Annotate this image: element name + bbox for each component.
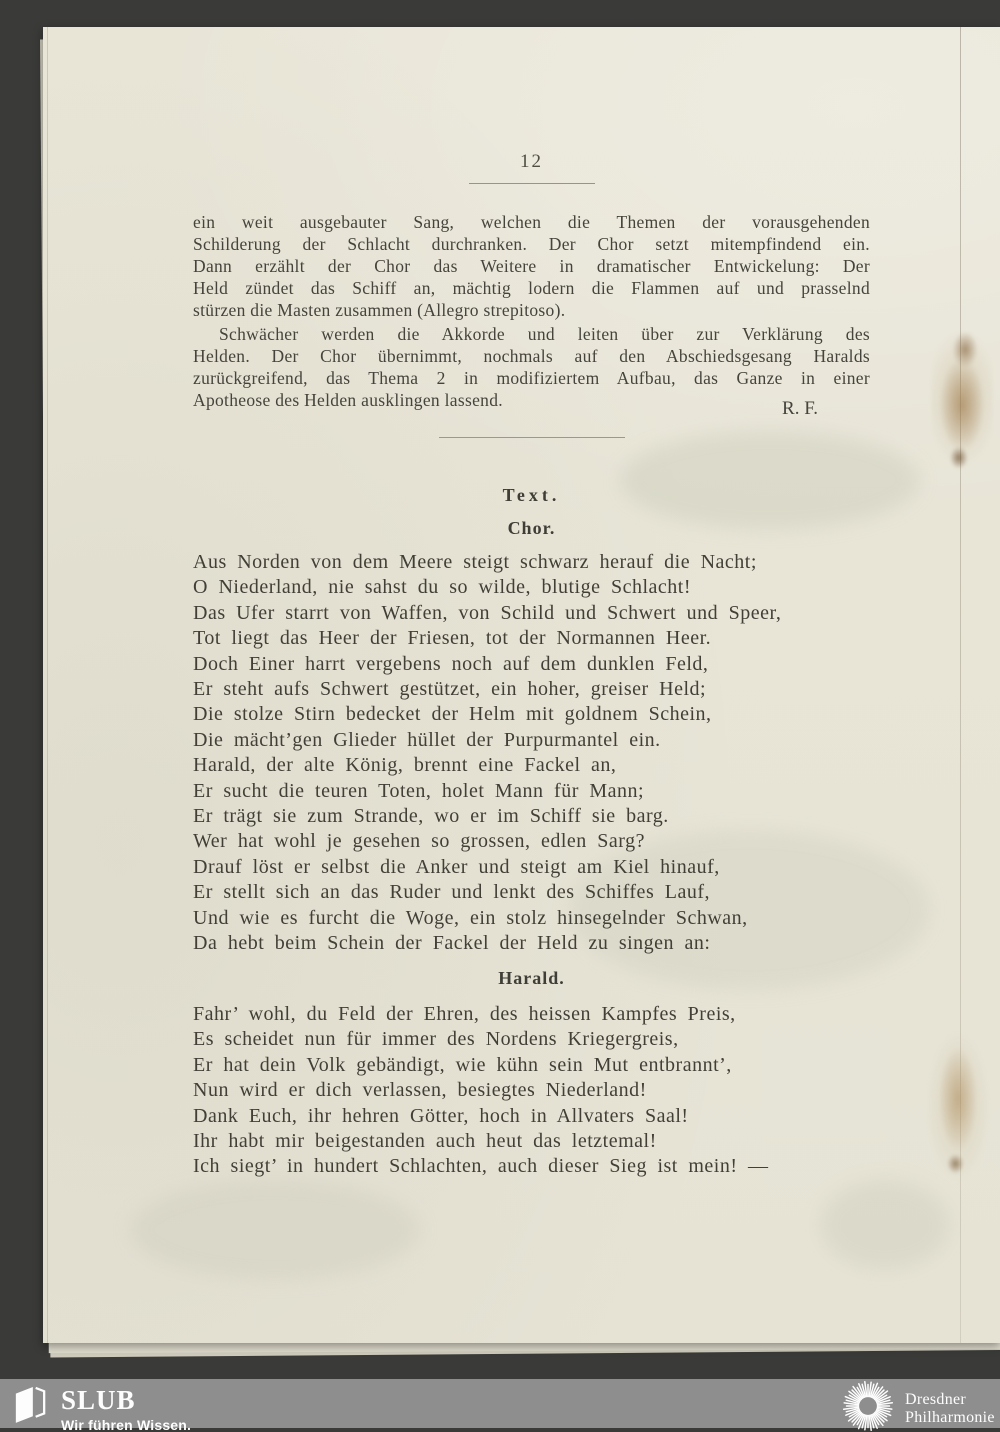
verse-line: Und wie es furcht die Woge, ein stolz hi… xyxy=(193,906,870,931)
verse-line: Die mächt’gen Glieder hüllet der Purpurm… xyxy=(193,728,870,753)
chor-heading: Chor. xyxy=(193,518,870,539)
verse-line: Wer hat wohl je gesehen so grossen, edle… xyxy=(193,829,870,854)
verse-line: Er sucht die teuren Toten, holet Mann fü… xyxy=(193,779,870,804)
prose-line: stürzen die Masten zusammen (Allegro str… xyxy=(193,299,870,321)
slub-logo: SLUB Wir führen Wissen. xyxy=(13,1384,191,1432)
verse-line: Die stolze Stirn bedecket der Helm mit g… xyxy=(193,702,870,727)
stain-mark xyxy=(927,1030,989,1182)
harald-heading: Harald. xyxy=(193,968,870,989)
verse-line: Es scheidet nun für immer des Nordens Kr… xyxy=(193,1027,870,1052)
prose-line: ein weit ausgebauter Sang, welchen die T… xyxy=(193,211,870,233)
verse-line: Da hebt beim Schein der Fackel der Held … xyxy=(193,931,870,956)
verse-line: Dank Euch, ihr hehren Götter, hoch in Al… xyxy=(193,1104,870,1129)
verse-line: Nun wird er dich verlassen, besiegtes Ni… xyxy=(193,1078,870,1103)
prose-line: Dann erzählt der Chor das Weitere in dra… xyxy=(193,255,870,277)
prose-paragraph: ein weit ausgebauter Sang, welchen die T… xyxy=(193,211,870,321)
slub-tagline: Wir führen Wissen. xyxy=(61,1418,191,1432)
philharmonie-wordmark: Dresdner Philharmonie xyxy=(905,1391,995,1426)
verse-line: Er steht aufs Schwert gestützet, ein hoh… xyxy=(193,677,870,702)
prose-line: Held zündet das Schiff an, mächtig loder… xyxy=(193,277,870,299)
verse-line: Harald, der alte König, brennt eine Fack… xyxy=(193,753,870,778)
verse-line: Tot liegt das Heer der Friesen, tot der … xyxy=(193,626,870,651)
prose-line: zurückgreifend, das Thema 2 in modifizie… xyxy=(193,367,870,389)
slub-wordmark: SLUB xyxy=(61,1387,191,1414)
verse-line: Das Ufer starrt von Waffen, von Schild u… xyxy=(193,601,870,626)
verse-line: Er stellt sich an das Ruder und lenkt de… xyxy=(193,880,870,905)
author-initials: R. F. xyxy=(193,398,870,420)
verse-line: Aus Norden von dem Meere steigt schwarz … xyxy=(193,550,870,575)
footer-bar: SLUB Wir führen Wissen. Dresdner Philhar… xyxy=(0,1379,1000,1428)
verse-line: O Niederland, nie sahst du so wilde, blu… xyxy=(193,575,870,600)
prose-line: Schwächer werden die Akkorde und leiten … xyxy=(193,323,870,345)
verse-line: Er trägt sie zum Strande, wo er im Schif… xyxy=(193,804,870,829)
philharmonie-logo: Dresdner Philharmonie xyxy=(843,1381,995,1432)
viewer-background: 12 ein weit ausgebauter Sang, welchen di… xyxy=(0,0,1000,1432)
verse-line: Doch Einer harrt vergebens noch auf dem … xyxy=(193,652,870,677)
text-section-heading: Text. xyxy=(193,485,870,506)
harald-poem: Fahr’ wohl, du Feld der Ehren, des heiss… xyxy=(193,1002,870,1180)
starburst-icon xyxy=(843,1381,893,1432)
prose-line: Helden. Der Chor übernimmt, nochmals auf… xyxy=(193,345,870,367)
scanned-page: 12 ein weit ausgebauter Sang, welchen di… xyxy=(43,27,1000,1343)
chor-poem: Aus Norden von dem Meere steigt schwarz … xyxy=(193,550,870,957)
verse-line: Ich siegt’ in hundert Schlachten, auch d… xyxy=(193,1154,870,1179)
page-number-rule xyxy=(469,183,595,184)
section-divider xyxy=(439,437,625,438)
verse-line: Er hat dein Volk gebändigt, wie kühn sei… xyxy=(193,1053,870,1078)
book-icon xyxy=(13,1384,47,1424)
stain-mark xyxy=(931,327,993,469)
page-number: 12 xyxy=(193,151,870,173)
page-content: 12 ein weit ausgebauter Sang, welchen di… xyxy=(193,27,870,1343)
verse-line: Drauf löst er selbst die Anker und steig… xyxy=(193,855,870,880)
prose-line: Schilderung der Schlacht durchranken. De… xyxy=(193,233,870,255)
verse-line: Fahr’ wohl, du Feld der Ehren, des heiss… xyxy=(193,1002,870,1027)
verse-line: Ihr habt mir beigestanden auch heut das … xyxy=(193,1129,870,1154)
